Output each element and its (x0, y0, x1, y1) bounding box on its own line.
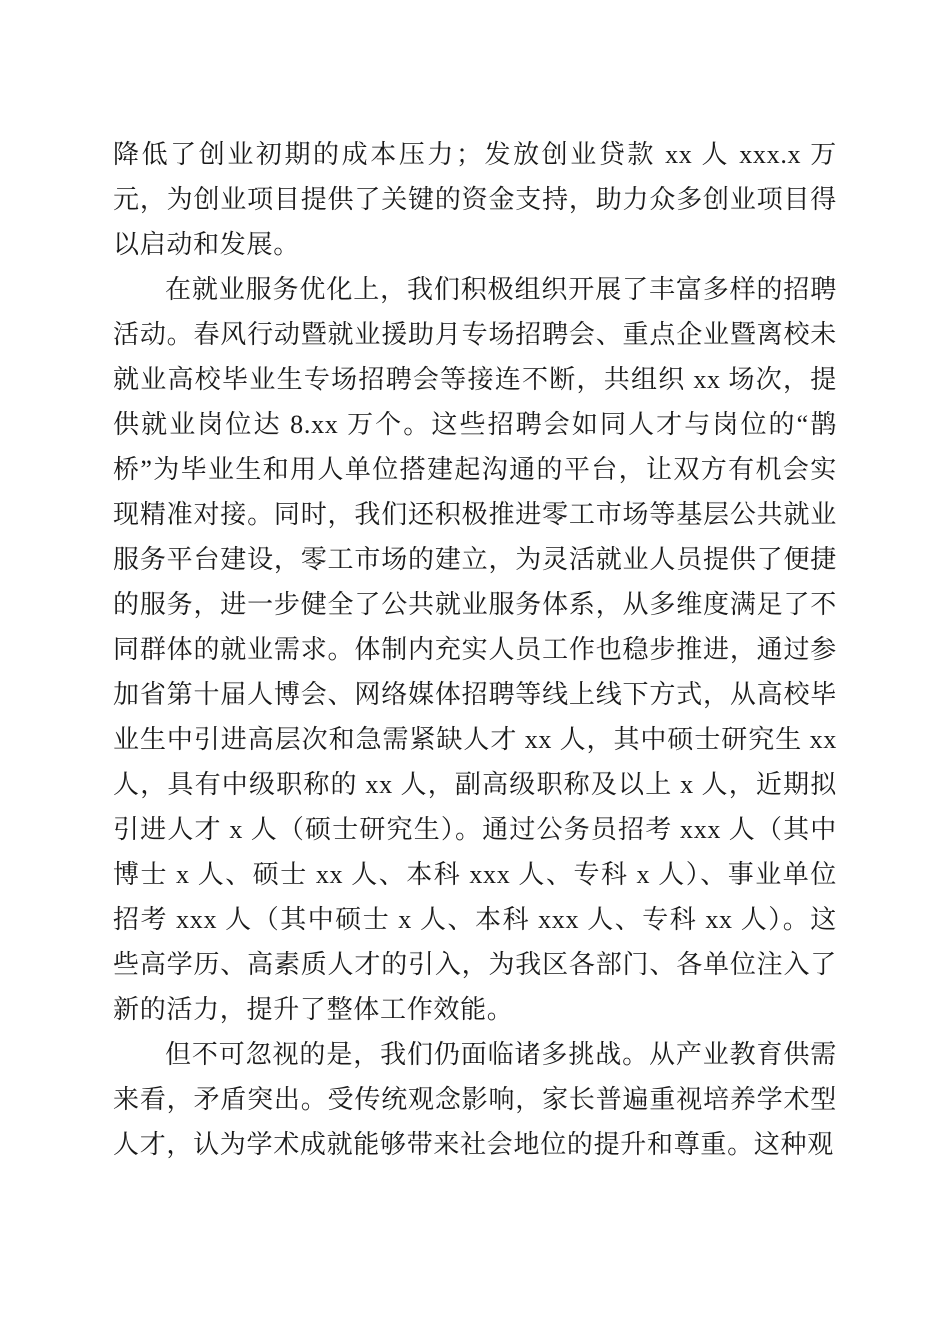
paragraph-continuation: 降低了创业初期的成本压力；发放创业贷款 xx 人 xxx.x 万元，为创业项目提… (113, 132, 837, 267)
document-text-body: 降低了创业初期的成本压力；发放创业贷款 xx 人 xxx.x 万元，为创业项目提… (113, 132, 837, 1167)
paragraph-employment-services: 在就业服务优化上，我们积极组织开展了丰富多样的招聘活动。春风行动暨就业援助月专场… (113, 267, 837, 1032)
document-page: 降低了创业初期的成本压力；发放创业贷款 xx 人 xxx.x 万元，为创业项目提… (0, 0, 950, 1344)
paragraph-challenges: 但不可忽视的是，我们仍面临诸多挑战。从产业教育供需来看，矛盾突出。受传统观念影响… (113, 1032, 837, 1167)
